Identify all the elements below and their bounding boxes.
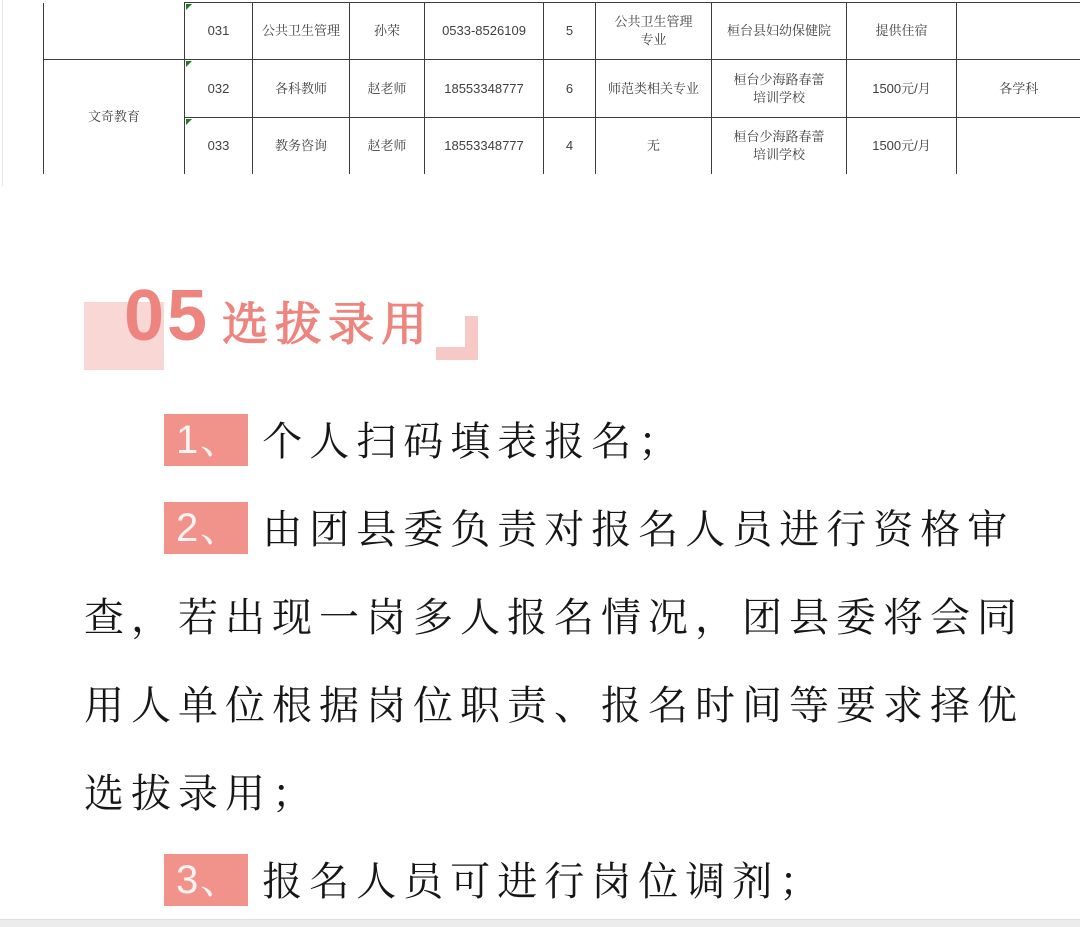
cell-id: 031	[185, 3, 253, 60]
excel-error-triangle-icon	[186, 61, 192, 67]
item-text: 由团县委负责对报名人员进行资格审	[262, 508, 1014, 552]
table-row: 文奇教育 032 各科教师 赵老师 18553348777 6 师范类相关专业 …	[44, 60, 1080, 118]
article-page: 031 公共卫生管理 孙荣 0533-8526109 5 公共卫生管理 专业 桓…	[0, 0, 1080, 927]
list-item: 3、报名人员可进行岗位调剂；	[84, 838, 1032, 926]
excel-error-triangle-icon	[186, 4, 192, 10]
cell-count: 5	[544, 3, 596, 60]
item-number-badge: 1、	[164, 414, 248, 466]
table-image-edge	[2, 0, 3, 186]
cell-contact: 孙荣	[350, 3, 425, 60]
cell-benefit: 1500元/月	[847, 118, 957, 174]
item-text: 查，若出现一岗多人报名情况，团县委将会同	[84, 596, 1024, 640]
cell-note	[957, 118, 1080, 174]
cell-id: 032	[185, 60, 253, 118]
cell-phone: 0533-8526109	[425, 3, 544, 60]
item-text-line: 用人单位根据岗位职责、报名时间等要求择优	[84, 662, 1032, 750]
cell-employer: 桓台少海路春蕾 培训学校	[712, 118, 847, 174]
cell-contact: 赵老师	[350, 118, 425, 174]
section-heading: 05选拔录用	[84, 268, 524, 388]
cell-benefit: 提供住宿	[847, 3, 957, 60]
cell-major: 无	[596, 118, 712, 174]
excel-error-triangle-icon	[186, 119, 192, 125]
decor-corner-bracket	[436, 316, 478, 360]
table-row: 033 教务咨询 赵老师 18553348777 4 无 桓台少海路春蕾 培训学…	[44, 118, 1080, 174]
item-text: 选拔录用；	[84, 772, 319, 816]
cell-id-text: 032	[208, 81, 230, 96]
body-text: 1、个人扫码填表报名； 2、由团县委负责对报名人员进行资格审 查，若出现一岗多人…	[84, 398, 1032, 926]
next-section-edge	[0, 919, 1080, 927]
cell-contact: 赵老师	[350, 60, 425, 118]
cell-position: 教务咨询	[253, 118, 350, 174]
item-number-badge: 3、	[164, 854, 248, 906]
cell-major: 公共卫生管理 专业	[596, 3, 712, 60]
cell-position: 各科教师	[253, 60, 350, 118]
cell-count: 6	[544, 60, 596, 118]
cell-employer: 桓台少海路春蕾 培训学校	[712, 60, 847, 118]
cell-phone: 18553348777	[425, 60, 544, 118]
list-item: 2、由团县委负责对报名人员进行资格审	[84, 486, 1032, 574]
list-item: 1、个人扫码填表报名；	[84, 398, 1032, 486]
cell-org-merged: 文奇教育	[44, 60, 185, 174]
section-number: 05	[124, 276, 210, 356]
cell-note: 各学科	[957, 60, 1080, 118]
item-number-badge: 2、	[164, 502, 248, 554]
cell-major: 师范类相关专业	[596, 60, 712, 118]
item-text: 用人单位根据岗位职责、报名时间等要求择优	[84, 684, 1024, 728]
table-row: 031 公共卫生管理 孙荣 0533-8526109 5 公共卫生管理 专业 桓…	[44, 3, 1080, 60]
cell-id-text: 031	[208, 23, 230, 38]
cell-count: 4	[544, 118, 596, 174]
cell-note	[957, 3, 1080, 60]
item-text: 个人扫码填表报名；	[262, 420, 685, 464]
section-heading-text: 05选拔录用	[124, 268, 434, 384]
job-table: 031 公共卫生管理 孙荣 0533-8526109 5 公共卫生管理 专业 桓…	[43, 2, 1080, 174]
cell-id-text: 033	[208, 138, 230, 153]
item-text-line: 查，若出现一岗多人报名情况，团县委将会同	[84, 574, 1032, 662]
cell-org-cropped	[44, 3, 185, 60]
item-text: 报名人员可进行岗位调剂；	[262, 860, 826, 904]
cell-id: 033	[185, 118, 253, 174]
cell-benefit: 1500元/月	[847, 60, 957, 118]
cell-employer: 桓台县妇幼保健院	[712, 3, 847, 60]
cell-phone: 18553348777	[425, 118, 544, 174]
item-text-line: 选拔录用；	[84, 750, 1032, 838]
cell-position: 公共卫生管理	[253, 3, 350, 60]
section-title: 选拔录用	[222, 298, 434, 350]
